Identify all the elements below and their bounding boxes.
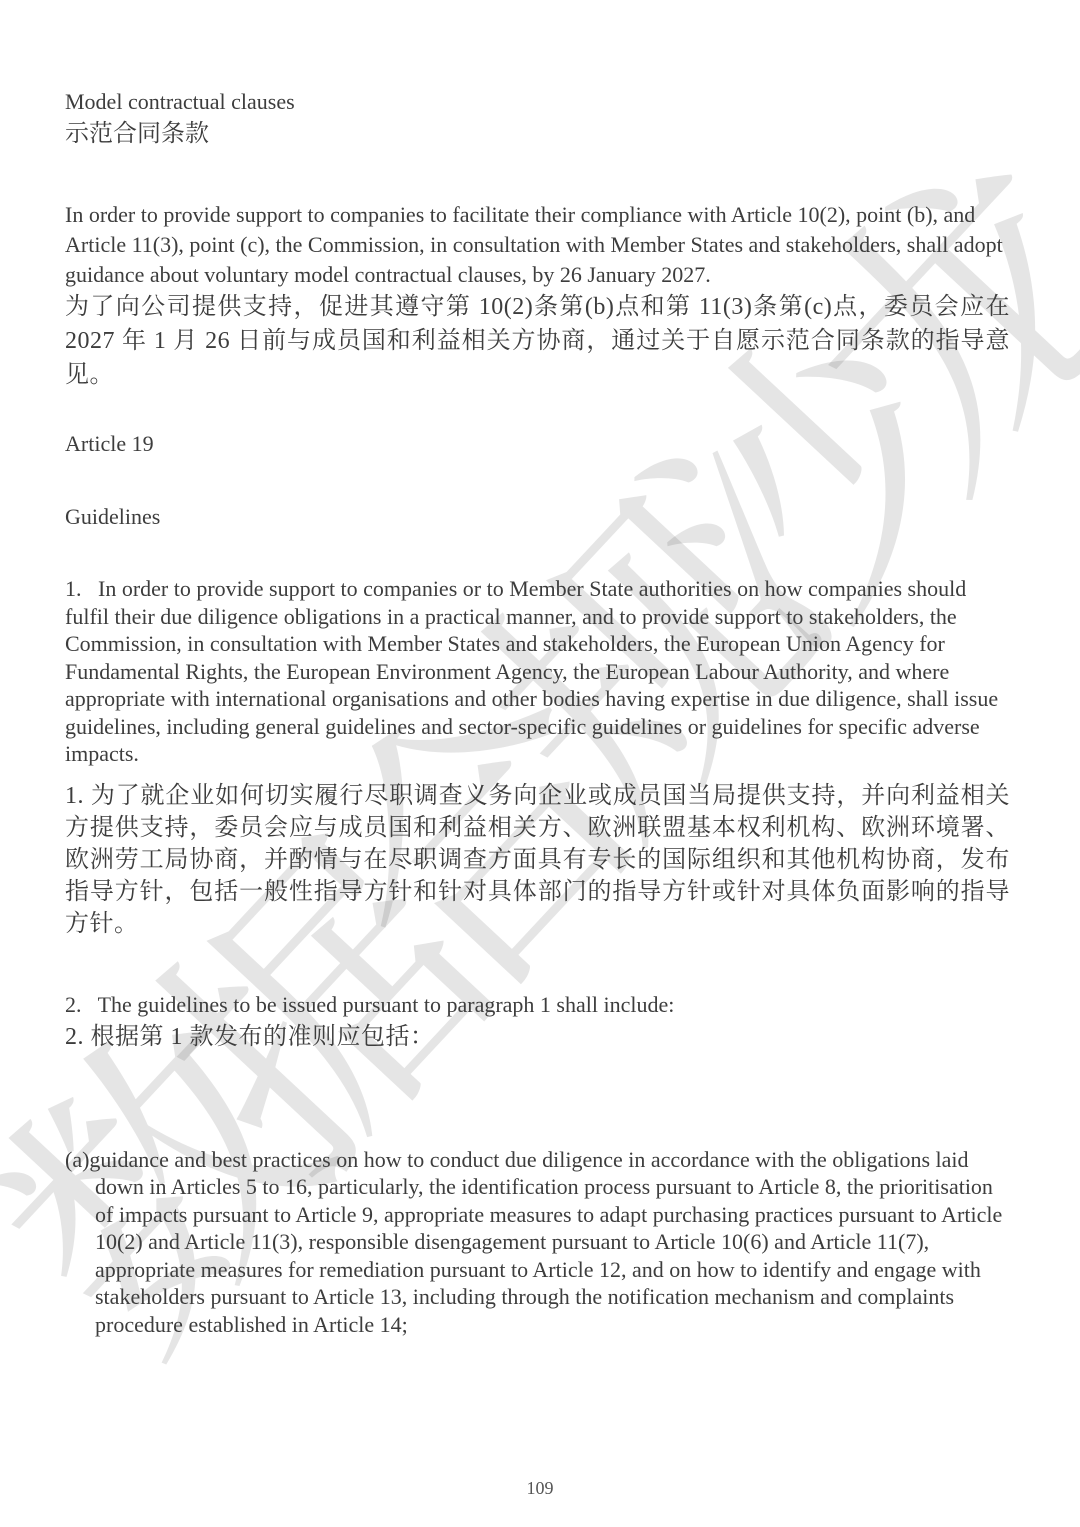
paragraph-1-en: 1. In order to provide support to compan… <box>65 575 1010 768</box>
list-item-a-text: guidance and best practices on how to co… <box>89 1147 1002 1337</box>
paragraph-model-clauses-zh: 为了向公司提供支持，促进其遵守第 10(2)条第(b)点和第 11(3)条第(c… <box>65 290 1010 392</box>
document-page: 数据合规沙龙 Model contractual clauses 示范合同条款 … <box>0 0 1080 1527</box>
paragraph-2-en: 2. The guidelines to be issued pursuant … <box>65 990 1010 1020</box>
heading-guidelines: Guidelines <box>65 503 1010 531</box>
heading-model-contractual-clauses-en: Model contractual clauses <box>65 88 1010 116</box>
list-item-a: (a)guidance and best practices on how to… <box>65 1146 1010 1339</box>
list-item-a-marker: (a) <box>65 1147 89 1172</box>
paragraph-2-zh: 2. 根据第 1 款发布的准则应包括： <box>65 1020 1010 1054</box>
heading-article-19: Article 19 <box>65 430 1010 458</box>
page-content: Model contractual clauses 示范合同条款 In orde… <box>0 0 1080 1527</box>
heading-model-contractual-clauses-zh: 示范合同条款 <box>65 116 1010 152</box>
paragraph-model-clauses-en: In order to provide support to companies… <box>65 200 1010 290</box>
paragraph-1-zh: 1. 为了就企业如何切实履行尽职调查义务向企业或成员国当局提供支持，并向利益相关… <box>65 780 1010 940</box>
page-number: 109 <box>0 1478 1080 1499</box>
